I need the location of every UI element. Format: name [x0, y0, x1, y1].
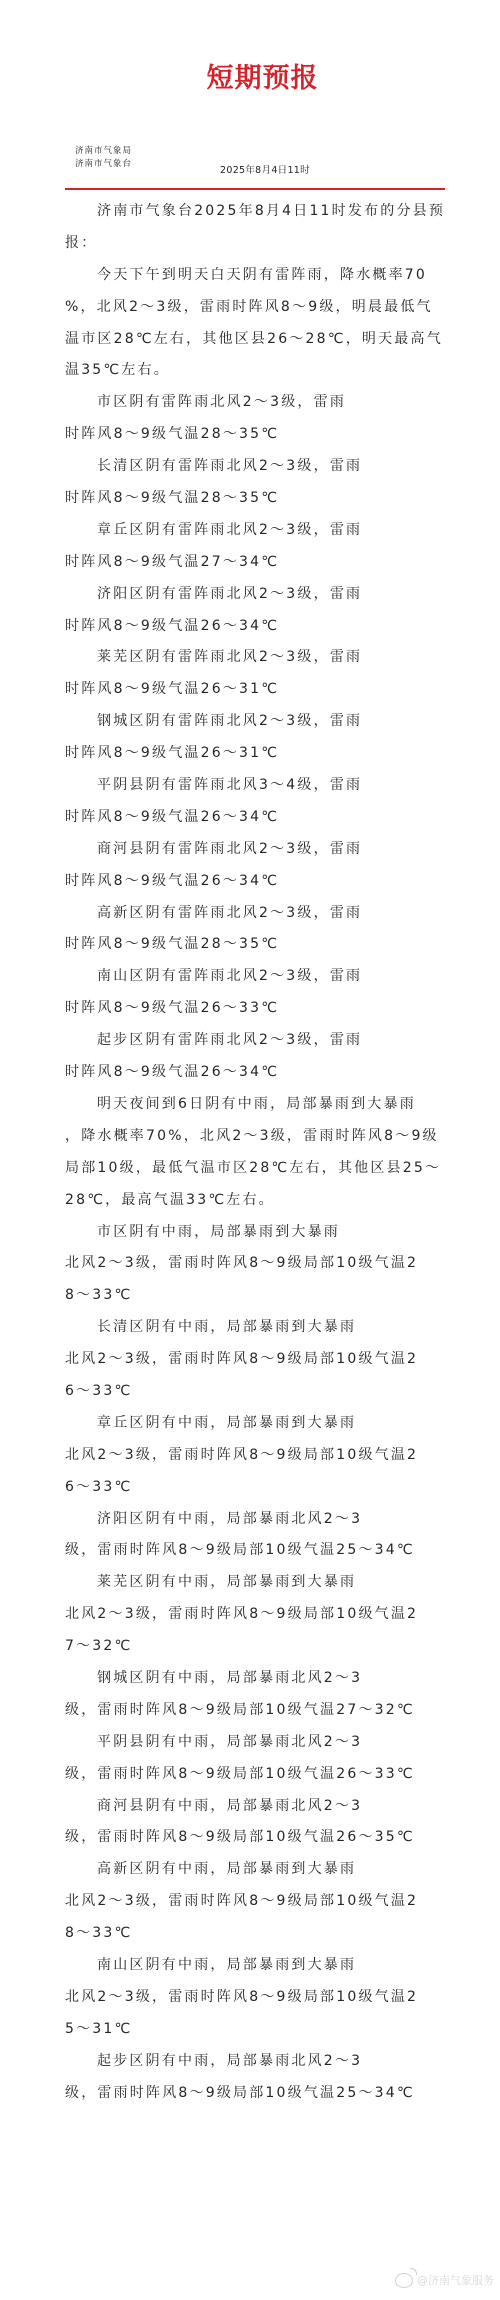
- forecast-line: 起步区阴有中雨，局部暴雨北风2～3: [65, 2046, 465, 2078]
- header-divider: [65, 188, 445, 190]
- forecast-line: %，北风2～3级，雷雨时阵风8～9级，明晨最低气: [65, 292, 465, 324]
- forecast-line: 平阴县阴有中雨，局部暴雨北风2～3: [65, 1727, 465, 1759]
- forecast-line: 时阵风8～9级气温26～31℃: [65, 674, 465, 706]
- forecast-line: 起步区阴有雷阵雨北风2～3级，雷雨: [65, 1025, 465, 1057]
- forecast-line: 北风2～3级，雷雨时阵风8～9级局部10级气温2: [65, 1982, 465, 2014]
- forecast-line: 温市区28℃左右，其他区县26～28℃，明天最高气: [65, 324, 465, 356]
- forecast-line: 市区阴有雷阵雨北风2～3级，雷雨: [65, 387, 465, 419]
- forecast-line: 北风2～3级，雷雨时阵风8～9级局部10级气温2: [65, 1344, 465, 1376]
- forecast-line: 级，雷雨时阵风8～9级局部10级气温25～34℃: [65, 2078, 465, 2110]
- forecast-line: 章丘区阴有中雨，局部暴雨到大暴雨: [65, 1408, 465, 1440]
- forecast-line: 时阵风8～9级气温26～34℃: [65, 1057, 465, 1089]
- forecast-line: 章丘区阴有雷阵雨北风2～3级，雷雨: [65, 515, 465, 547]
- issuer-observatory: 济南市气象台: [75, 157, 132, 169]
- forecast-line: 级，雷雨时阵风8～9级局部10级气温26～35℃: [65, 1822, 465, 1854]
- issuer-bureau: 济南市气象局: [75, 144, 132, 156]
- forecast-line: 商河县阴有中雨，局部暴雨北风2～3: [65, 1791, 465, 1823]
- forecast-line: 北风2～3级，雷雨时阵风8～9级局部10级气温2: [65, 1248, 465, 1280]
- forecast-line: 明天夜间到6日阴有中雨，局部暴雨到大暴雨: [65, 1089, 465, 1121]
- weibo-icon: [395, 2273, 413, 2288]
- forecast-line: 钢城区阴有雷阵雨北风2～3级，雷雨: [65, 706, 465, 738]
- forecast-line: 长清区阴有中雨，局部暴雨到大暴雨: [65, 1312, 465, 1344]
- forecast-line: 莱芜区阴有中雨，局部暴雨到大暴雨: [65, 1567, 465, 1599]
- forecast-line: 高新区阴有中雨，局部暴雨到大暴雨: [65, 1854, 465, 1886]
- forecast-line: 28℃，最高气温33℃左右。: [65, 1185, 465, 1217]
- forecast-line: 局部10级，最低气温市区28℃左右，其他区县25～: [65, 1153, 465, 1185]
- issue-time: 2025年8月4日11时: [220, 162, 310, 176]
- forecast-line: 时阵风8～9级气温28～35℃: [65, 483, 465, 515]
- forecast-line: 济阳区阴有雷阵雨北风2～3级，雷雨: [65, 579, 465, 611]
- forecast-line: 济阳区阴有中雨，局部暴雨北风2～3: [65, 1504, 465, 1536]
- forecast-body: 济南市气象台2025年8月4日11时发布的分县预报：今天下午到明天白天阴有雷阵雨…: [65, 196, 465, 2109]
- forecast-line: 时阵风8～9级气温26～33℃: [65, 993, 465, 1025]
- forecast-line: 济南市气象台2025年8月4日11时发布的分县预: [65, 196, 465, 228]
- forecast-line: 商河县阴有雷阵雨北风2～3级，雷雨: [65, 834, 465, 866]
- forecast-line: 今天下午到明天白天阴有雷阵雨，降水概率70: [65, 260, 465, 292]
- forecast-line: 时阵风8～9级气温26～34℃: [65, 611, 465, 643]
- forecast-line: 温35℃左右。: [65, 355, 465, 387]
- forecast-line: 报：: [65, 228, 465, 260]
- forecast-line: 8～33℃: [65, 1280, 465, 1312]
- watermark: @济南气象服务: [395, 2272, 494, 2288]
- forecast-line: 级，雷雨时阵风8～9级局部10级气温26～33℃: [65, 1759, 465, 1791]
- forecast-line: 钢城区阴有中雨，局部暴雨北风2～3: [65, 1663, 465, 1695]
- forecast-line: 时阵风8～9级气温28～35℃: [65, 419, 465, 451]
- document-title: 短期预报: [0, 56, 500, 95]
- forecast-line: 市区阴有中雨，局部暴雨到大暴雨: [65, 1217, 465, 1249]
- forecast-line: 时阵风8～9级气温27～34℃: [65, 547, 465, 579]
- forecast-line: 8～33℃: [65, 1918, 465, 1950]
- forecast-line: 7～32℃: [65, 1631, 465, 1663]
- forecast-line: 6～33℃: [65, 1376, 465, 1408]
- forecast-line: 长清区阴有雷阵雨北风2～3级，雷雨: [65, 451, 465, 483]
- forecast-line: 时阵风8～9级气温28～35℃: [65, 929, 465, 961]
- forecast-line: 级，雷雨时阵风8～9级局部10级气温25～34℃: [65, 1535, 465, 1567]
- forecast-line: 时阵风8～9级气温26～34℃: [65, 866, 465, 898]
- forecast-line: 时阵风8～9级气温26～34℃: [65, 802, 465, 834]
- forecast-line: 北风2～3级，雷雨时阵风8～9级局部10级气温2: [65, 1599, 465, 1631]
- forecast-line: 莱芜区阴有雷阵雨北风2～3级，雷雨: [65, 642, 465, 674]
- forecast-line: 时阵风8～9级气温26～31℃: [65, 738, 465, 770]
- forecast-line: ，降水概率70%，北风2～3级，雷雨时阵风8～9级: [65, 1121, 465, 1153]
- forecast-line: 6～33℃: [65, 1472, 465, 1504]
- forecast-line: 北风2～3级，雷雨时阵风8～9级局部10级气温2: [65, 1886, 465, 1918]
- watermark-text: @济南气象服务: [417, 2272, 494, 2288]
- forecast-line: 北风2～3级，雷雨时阵风8～9级局部10级气温2: [65, 1440, 465, 1472]
- forecast-line: 南山区阴有中雨，局部暴雨到大暴雨: [65, 1950, 465, 1982]
- forecast-line: 南山区阴有雷阵雨北风2～3级，雷雨: [65, 961, 465, 993]
- forecast-line: 级，雷雨时阵风8～9级局部10级气温27～32℃: [65, 1695, 465, 1727]
- forecast-line: 高新区阴有雷阵雨北风2～3级，雷雨: [65, 898, 465, 930]
- forecast-line: 平阴县阴有雷阵雨北风3～4级，雷雨: [65, 770, 465, 802]
- forecast-line: 5～31℃: [65, 2014, 465, 2046]
